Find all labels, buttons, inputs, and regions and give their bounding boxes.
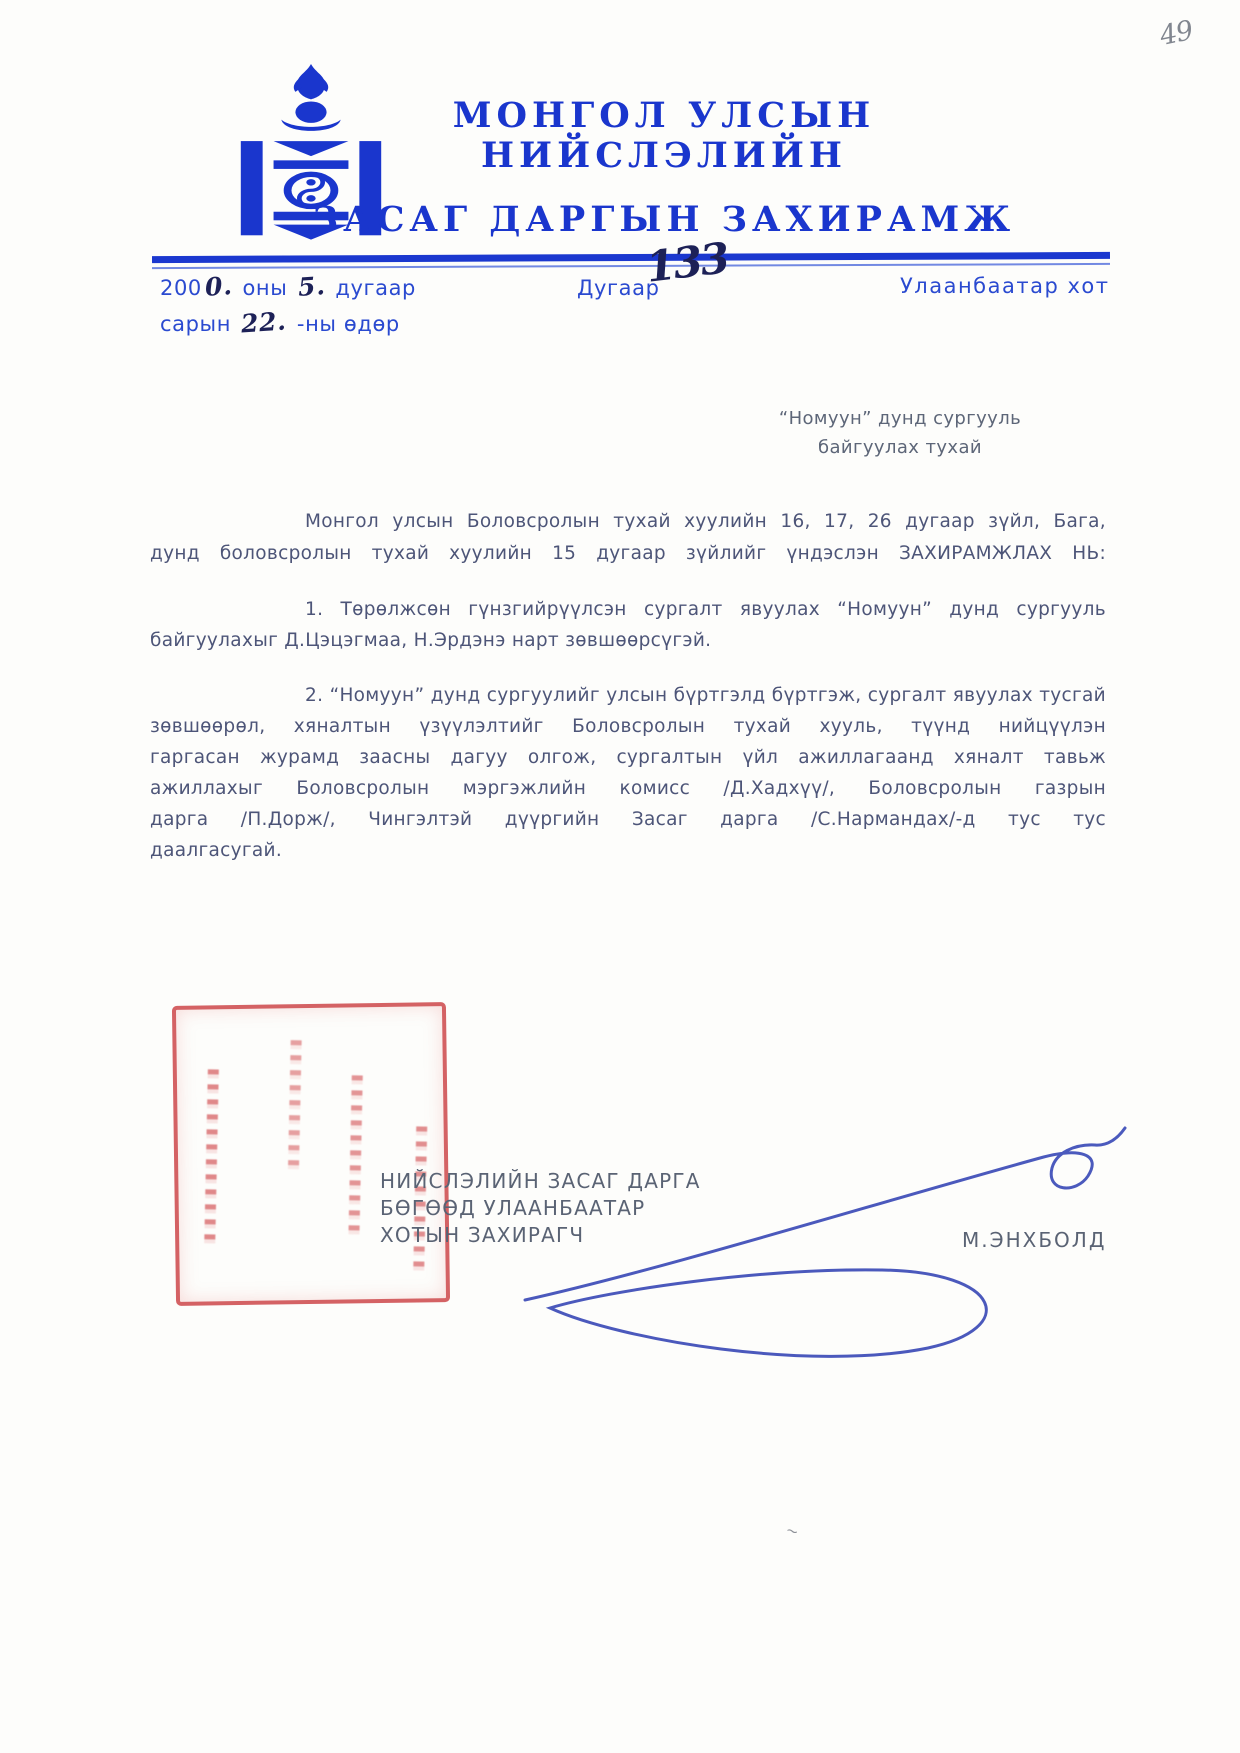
month-handwritten: 5. — [297, 271, 326, 302]
item2-line: 2. “Номуун” дунд сургуулийг улсын бүртгэ… — [150, 680, 1106, 711]
item1-line: байгуулахыг Д.Цэцэгмаа, Н.Эрдэнэ нарт зө… — [150, 625, 1106, 656]
date-line-1: 2000. оны 5. дугаар — [160, 272, 416, 301]
item2-line: ажиллахыг Боловсролын мэргэжлийн комисс … — [150, 773, 1106, 804]
city-label: Улаанбаатар хот — [900, 274, 1110, 298]
title-line-2: ЗАСАГ ДАРГЫН ЗАХИРАМЖ — [300, 200, 1028, 240]
title-line-1: МОНГОЛ УЛСЫН НИЙСЛЭЛИЙН — [300, 96, 1028, 176]
pencil-squiggle: ~ — [784, 1520, 802, 1541]
subject-block: “Номуун” дунд сургууль байгуулах тухай — [700, 404, 1100, 462]
header-divider-thin — [152, 263, 1110, 269]
item2-line: даалгасугай. — [150, 835, 1106, 866]
stamp-scribble — [288, 1040, 302, 1170]
stamp-scribble — [348, 1075, 362, 1240]
intro-line: дунд боловсролын тухай хуулийн 15 дугаар… — [150, 538, 1106, 569]
stamp-scribble — [204, 1069, 219, 1244]
official-stamp — [172, 1002, 450, 1306]
date-ony: оны — [242, 276, 287, 300]
signer-name: М.ЭНХБОЛД — [962, 1228, 1106, 1252]
document-page: 49 — [0, 0, 1240, 1753]
document-title: МОНГОЛ УЛСЫН НИЙСЛЭЛИЙН ЗАСАГ ДАРГЫН ЗАХ… — [300, 96, 1028, 240]
number-handwritten: 133 — [643, 233, 730, 292]
date-suffix: -ны өдөр — [297, 312, 400, 336]
date-dugaar-word: дугаар — [335, 276, 416, 300]
page-number-pencil: 49 — [1157, 15, 1195, 52]
subject-line-1: “Номуун” дунд сургууль — [700, 404, 1100, 433]
item2-line: зөвшөөрөл, хяналтын үзүүлэлтийг Боловсро… — [150, 711, 1106, 742]
signer-title-line-3: ХОТЫН ЗАХИРАГЧ — [380, 1222, 710, 1249]
header-divider — [152, 252, 1110, 263]
item2-line: гаргасан журамд заасны дагуу олгож, сург… — [150, 742, 1106, 773]
intro-line: Монгол улсын Боловсролын тухай хуулийн 1… — [150, 506, 1106, 537]
signer-title-line-1: НИЙСЛЭЛИЙН ЗАСАГ ДАРГА — [380, 1168, 710, 1195]
signer-title-line-2: БӨГӨӨД УЛААНБААТАР — [380, 1195, 710, 1222]
year-handwritten: 0. — [204, 271, 233, 302]
signer-title-block: НИЙСЛЭЛИЙН ЗАСАГ ДАРГА БӨГӨӨД УЛААНБААТА… — [380, 1168, 710, 1249]
date-saryn: сарын — [160, 312, 231, 336]
day-handwritten: 22. — [240, 306, 287, 338]
date-prefix: 200 — [160, 276, 202, 300]
item2-line: дарга /П.Дорж/, Чингэлтэй дүүргийн Засаг… — [150, 804, 1106, 835]
item1-line: 1. Төрөлжсөн гүнзгийрүүлсэн сургалт явуу… — [150, 594, 1106, 625]
date-line-2: сарын 22. -ны өдөр — [160, 308, 400, 337]
subject-line-2: байгуулах тухай — [700, 433, 1100, 462]
